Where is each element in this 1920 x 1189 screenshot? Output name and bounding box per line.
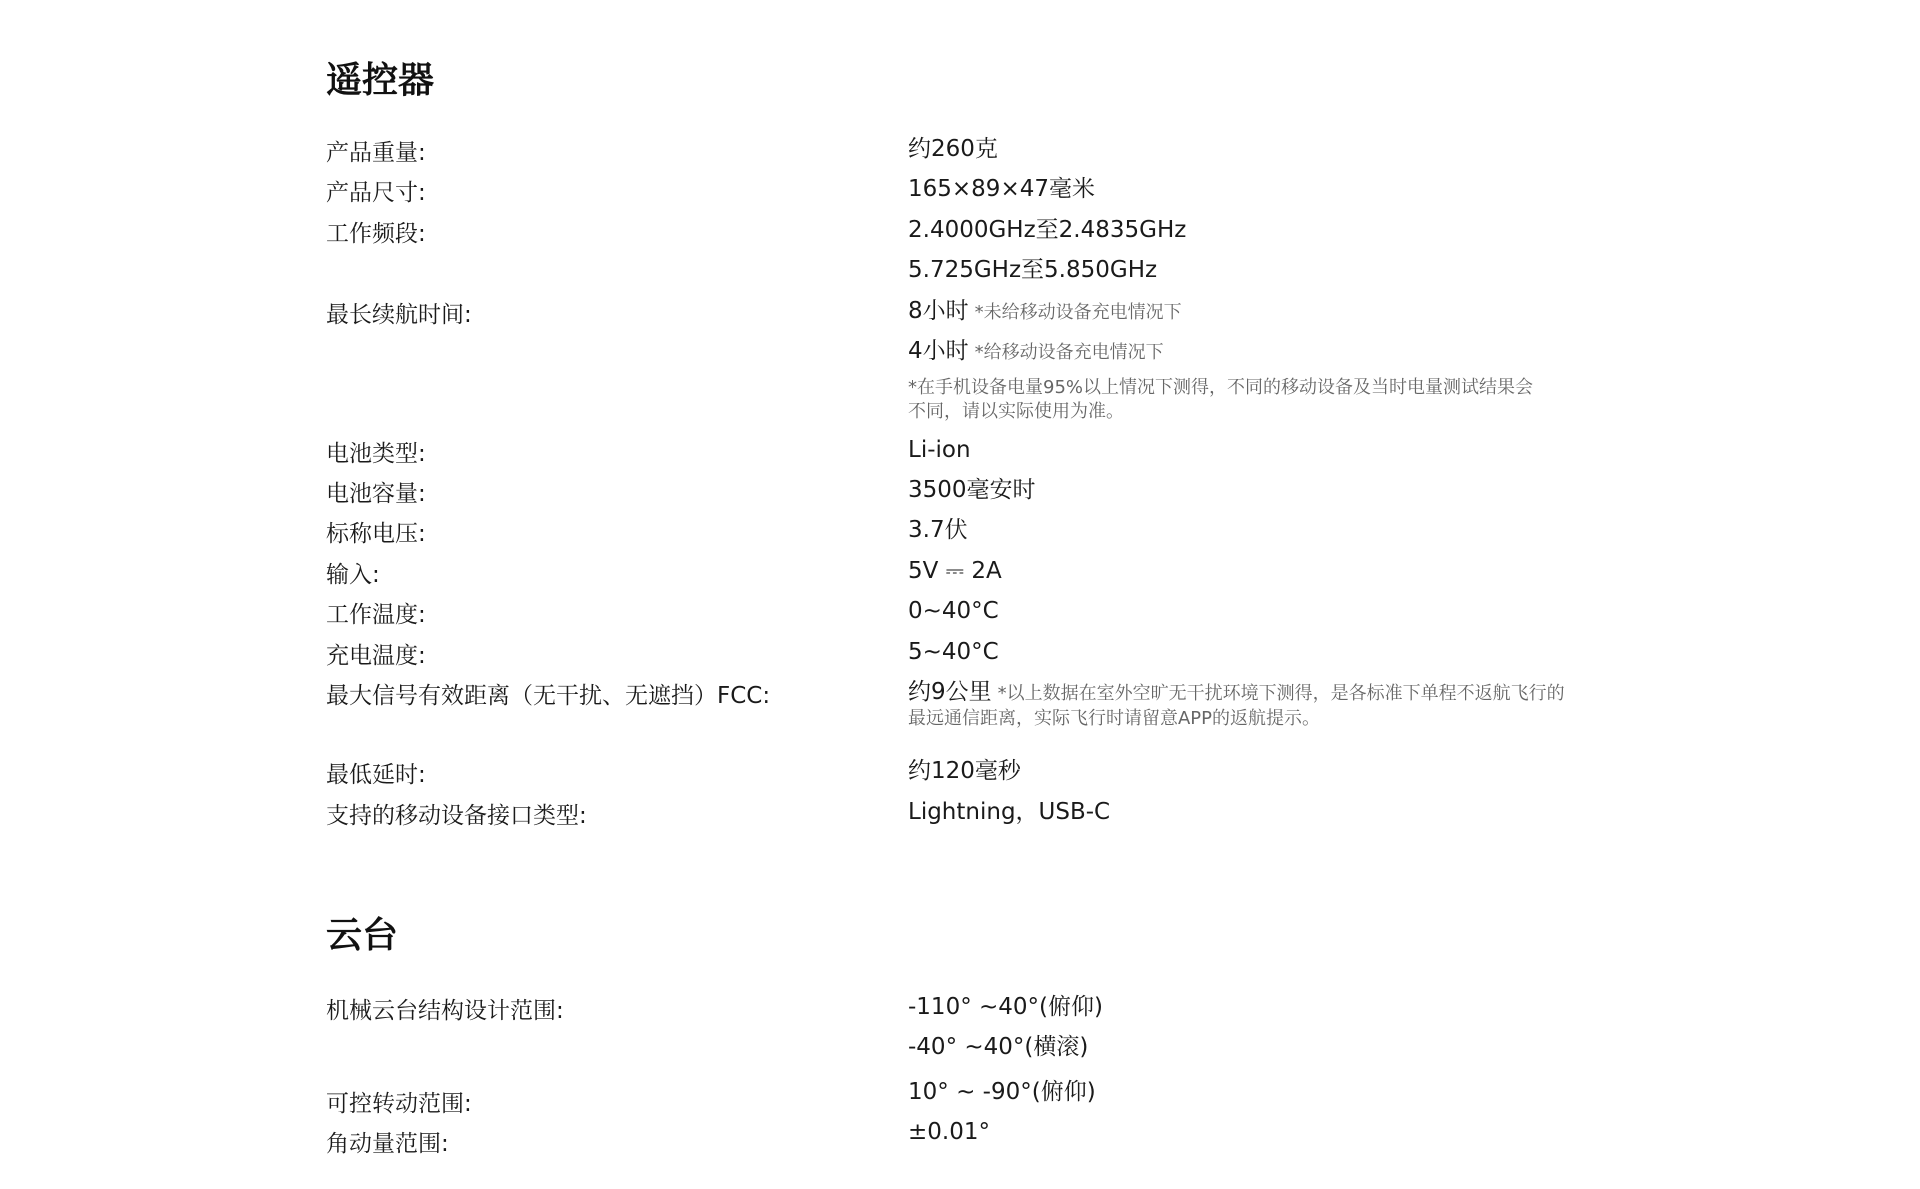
spec-value: 约260克 <box>908 134 1608 174</box>
spec-note: *以上数据在室外空旷无干扰环境下测得，是各标准下单程不返航飞行的 <box>998 683 1565 704</box>
spec-label: 产品尺寸: <box>326 174 426 207</box>
spec-label: 角动量范围: <box>326 1125 449 1158</box>
spec-value: 5V ⎓ 2A <box>908 556 1608 596</box>
spec-value: -110° ~40°(俯仰) <box>908 992 1608 1032</box>
spec-value: 165×89×47毫米 <box>908 174 1608 214</box>
spec-value: 5.725GHz至5.850GHz <box>908 255 1608 295</box>
section-title-gimbal: 云台 <box>326 907 398 958</box>
spec-label: 可控转动范围: <box>326 1085 472 1118</box>
spec-value: 4小时*给移动设备充电情况下 <box>908 336 1608 376</box>
spec-label: 标称电压: <box>326 515 426 548</box>
spec-value: 3500毫安时 <box>908 475 1608 515</box>
spec-label: 工作频段: <box>326 215 426 248</box>
spec-value: Lightning，USB-C <box>908 797 1608 837</box>
spec-value: Li-ion <box>908 435 1608 475</box>
spec-value: 5~40°C <box>908 637 1608 677</box>
spec-footnote: *在手机设备电量95%以上情况下测得，不同的移动设备及当时电量测试结果会不同，请… <box>908 376 1548 424</box>
spec-value: 约120毫秒 <box>908 756 1608 796</box>
spec-value: 8小时*未给移动设备充电情况下 <box>908 296 1608 336</box>
spec-label: 电池类型: <box>326 435 426 468</box>
spec-label: 电池容量: <box>326 475 426 508</box>
spec-note: *给移动设备充电情况下 <box>975 342 1164 363</box>
spec-value: 3.7伏 <box>908 515 1608 555</box>
spec-value: ±0.01° <box>908 1117 1608 1157</box>
spec-footnote: 最远通信距离，实际飞行时请留意APP的返航提示。 <box>908 707 1548 731</box>
spec-label: 产品重量: <box>326 134 426 167</box>
spec-note: *未给移动设备充电情况下 <box>975 302 1182 323</box>
spec-value: 0~40°C <box>908 596 1608 636</box>
spec-label: 机械云台结构设计范围: <box>326 992 564 1025</box>
spec-label: 最长续航时间: <box>326 296 472 329</box>
spec-label: 支持的移动设备接口类型: <box>326 797 587 830</box>
spec-value: 10° ~ -90°(俯仰) <box>908 1077 1608 1117</box>
spec-label: 最大信号有效距离（无干扰、无遮挡）FCC: <box>326 677 770 710</box>
spec-label: 最低延时: <box>326 756 426 789</box>
section-title-remote: 遥控器 <box>326 52 434 103</box>
spec-label: 充电温度: <box>326 637 426 670</box>
spec-label: 工作温度: <box>326 596 426 629</box>
spec-value: -40° ~40°(横滚) <box>908 1032 1608 1072</box>
spec-value: 2.4000GHz至2.4835GHz <box>908 215 1608 255</box>
spec-label: 输入: <box>326 556 380 589</box>
spec-value: 约9公里*以上数据在室外空旷无干扰环境下测得，是各标准下单程不返航飞行的 <box>908 677 1608 707</box>
